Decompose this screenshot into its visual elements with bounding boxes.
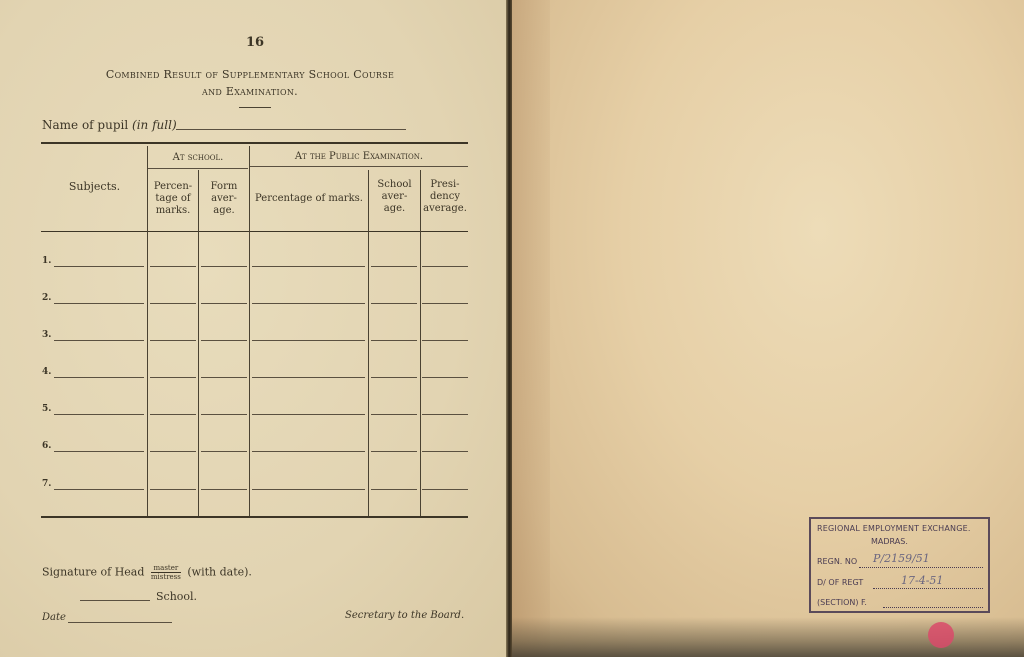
stamp-section-label: (SECTION) F. bbox=[817, 598, 867, 607]
table-cell-entry-line[interactable] bbox=[371, 266, 417, 267]
table-cell-entry-line[interactable] bbox=[371, 340, 417, 341]
row-number: 5. bbox=[42, 404, 51, 414]
group-underline bbox=[250, 166, 468, 167]
date-label: Date bbox=[42, 612, 66, 623]
table-cell-entry-line[interactable] bbox=[201, 451, 247, 452]
stamp-line-2: MADRAS. bbox=[871, 537, 908, 546]
table-cell-entry-line[interactable] bbox=[54, 340, 144, 341]
table-cell-entry-line[interactable] bbox=[422, 414, 468, 415]
table-cell-entry-line[interactable] bbox=[422, 340, 468, 341]
head-signature-label: Signature of Head master mistress (with … bbox=[42, 564, 252, 581]
table-top-rule bbox=[41, 142, 468, 144]
table-cell-entry-line[interactable] bbox=[371, 451, 417, 452]
stamp-date-label: D/ OF REGT bbox=[817, 578, 863, 587]
master-mistress-fraction: master mistress bbox=[151, 564, 181, 581]
table-cell-entry-line[interactable] bbox=[252, 414, 365, 415]
table-cell-entry-line[interactable] bbox=[150, 414, 196, 415]
stamp-regn-label: REGN. NO bbox=[817, 557, 857, 566]
table-cell-entry-line[interactable] bbox=[150, 451, 196, 452]
table-cell-entry-line[interactable] bbox=[54, 303, 144, 304]
col-divider bbox=[368, 170, 369, 516]
row-number: 6. bbox=[42, 441, 51, 451]
table-cell-entry-line[interactable] bbox=[150, 303, 196, 304]
row-number: 3. bbox=[42, 330, 51, 340]
employment-exchange-stamp: REGIONAL EMPLOYMENT EXCHANGE. MADRAS. RE… bbox=[809, 517, 990, 613]
header-presidency-average: Presi- dency average. bbox=[421, 179, 469, 215]
table-cell-entry-line[interactable] bbox=[422, 451, 468, 452]
header-school-average: School aver- age. bbox=[369, 179, 420, 215]
table-cell-entry-line[interactable] bbox=[371, 489, 417, 490]
header-public-exam: At the Public Examination. bbox=[250, 151, 468, 163]
table-cell-entry-line[interactable] bbox=[422, 377, 468, 378]
row-number: 1. bbox=[42, 256, 51, 266]
title-line-2: and Examination. bbox=[40, 83, 460, 100]
date-field[interactable] bbox=[68, 622, 172, 623]
table-cell-entry-line[interactable] bbox=[422, 489, 468, 490]
table-cell-entry-line[interactable] bbox=[54, 489, 144, 490]
pupil-name-label: Name of pupil (in full) bbox=[42, 118, 177, 132]
col-divider bbox=[420, 170, 421, 516]
header-subjects: Subjects. bbox=[42, 181, 147, 193]
cover-edge-shading bbox=[512, 0, 550, 657]
header-form-average: Form aver- age. bbox=[199, 181, 249, 217]
table-cell-entry-line[interactable] bbox=[371, 377, 417, 378]
header-at-school: At school. bbox=[148, 152, 248, 164]
row-number: 7. bbox=[42, 479, 51, 489]
header-exam-percentage: Percentage of marks. bbox=[250, 193, 368, 205]
table-cell-entry-line[interactable] bbox=[201, 377, 247, 378]
stamp-line-1: REGIONAL EMPLOYMENT EXCHANGE. bbox=[817, 524, 971, 533]
group-underline bbox=[148, 168, 248, 169]
secretary-label: Secretary to the Board. bbox=[345, 610, 464, 621]
pupil-name-field[interactable] bbox=[176, 129, 406, 130]
table-cell-entry-line[interactable] bbox=[150, 340, 196, 341]
table-cell-entry-line[interactable] bbox=[201, 303, 247, 304]
table-cell-entry-line[interactable] bbox=[150, 377, 196, 378]
title-line-1: Combined Result of Supplementary School … bbox=[40, 66, 460, 83]
col-divider bbox=[198, 170, 199, 516]
table-header-rule bbox=[41, 231, 468, 232]
stamp-regn-value: P/2159/51 bbox=[873, 552, 930, 565]
table-cell-entry-line[interactable] bbox=[371, 414, 417, 415]
table-cell-entry-line[interactable] bbox=[252, 377, 365, 378]
form-title: Combined Result of Supplementary School … bbox=[40, 66, 460, 100]
table-cell-entry-line[interactable] bbox=[201, 489, 247, 490]
school-label: School. bbox=[156, 590, 197, 603]
table-cell-entry-line[interactable] bbox=[252, 451, 365, 452]
table-cell-entry-line[interactable] bbox=[201, 414, 247, 415]
table-cell-entry-line[interactable] bbox=[150, 266, 196, 267]
stamp-date-value: 17-4-51 bbox=[901, 574, 943, 587]
school-name-field[interactable] bbox=[80, 600, 150, 601]
table-cell-entry-line[interactable] bbox=[54, 451, 144, 452]
table-cell-entry-line[interactable] bbox=[422, 303, 468, 304]
table-cell-entry-line[interactable] bbox=[54, 377, 144, 378]
page-number: 16 bbox=[246, 35, 264, 50]
table-cell-entry-line[interactable] bbox=[371, 303, 417, 304]
table-cell-entry-line[interactable] bbox=[54, 414, 144, 415]
header-school-percentage: Percen- tage of marks. bbox=[148, 181, 198, 217]
table-cell-entry-line[interactable] bbox=[422, 266, 468, 267]
table-cell-entry-line[interactable] bbox=[252, 303, 365, 304]
row-number: 2. bbox=[42, 293, 51, 303]
table-cell-entry-line[interactable] bbox=[252, 340, 365, 341]
row-number: 4. bbox=[42, 367, 51, 377]
table-cell-entry-line[interactable] bbox=[150, 489, 196, 490]
table-cell-entry-line[interactable] bbox=[252, 266, 365, 267]
title-divider bbox=[239, 107, 271, 108]
table-cell-entry-line[interactable] bbox=[201, 266, 247, 267]
left-page: 16 Combined Result of Supplementary Scho… bbox=[0, 0, 506, 657]
red-ink-spot bbox=[928, 622, 954, 648]
table-cell-entry-line[interactable] bbox=[201, 340, 247, 341]
table-cell-entry-line[interactable] bbox=[252, 489, 365, 490]
table-cell-entry-line[interactable] bbox=[54, 266, 144, 267]
table-bottom-rule bbox=[41, 516, 468, 518]
